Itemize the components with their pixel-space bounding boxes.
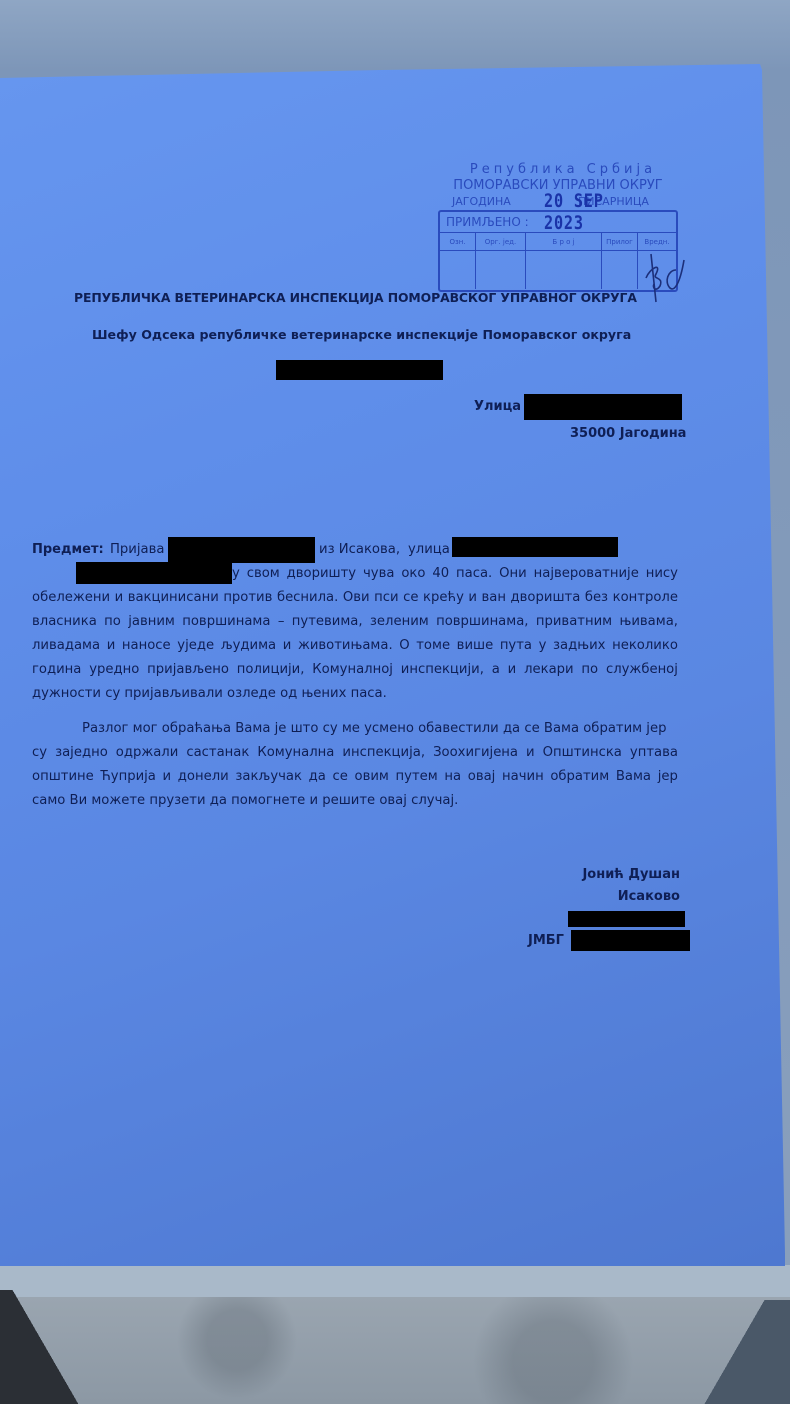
word: О	[399, 638, 409, 653]
word: да	[309, 769, 326, 784]
word: путевима,	[292, 614, 363, 629]
word: беснила.	[277, 590, 338, 605]
subject-line: обележениивакцинисанипротивбеснила.Овипс…	[32, 590, 678, 605]
word: –	[278, 614, 285, 629]
word: контроле	[613, 590, 678, 605]
word: Комуналној	[312, 662, 393, 677]
word: томе	[416, 638, 450, 653]
addressee-heading: Шефу Одсека републичке ветеринарске инсп…	[92, 327, 631, 342]
stamp-received-label: ПРИМЉЕНО :	[446, 215, 529, 229]
word: приватним	[536, 614, 612, 629]
word: око	[401, 566, 425, 581]
stamp-col-header: Oзн.	[440, 233, 476, 251]
word: крећу	[423, 590, 464, 605]
word: Вама	[616, 769, 651, 784]
word: 40	[432, 566, 449, 581]
redacted-reported-street	[452, 537, 618, 557]
word: и	[107, 638, 116, 653]
stamp-cell	[602, 251, 638, 289]
word: општине	[32, 769, 94, 784]
word: одржали	[116, 745, 179, 760]
word: површинама,	[436, 614, 528, 629]
word: површинама	[182, 614, 270, 629]
word: чува	[363, 566, 394, 581]
subject-report-word: Пријава	[110, 542, 164, 557]
word: и	[283, 638, 292, 653]
word: овај	[468, 769, 496, 784]
subject-line-2: усвомдвориштучуваоко40паса.Онинајвероват…	[232, 566, 678, 581]
word: Ови	[343, 590, 370, 605]
stamp-col-header: Прилог	[602, 233, 638, 251]
word: наносе	[122, 638, 171, 653]
shadow-left	[0, 1290, 130, 1404]
document-paper: Република Србија ПОМОРАВСКИ УПРАВНИ ОКРУ…	[0, 64, 785, 1266]
word: обележени	[32, 590, 110, 605]
word: обратим	[550, 769, 609, 784]
word: дворишту	[287, 566, 356, 581]
word: начин	[502, 769, 544, 784]
word: јавним	[128, 614, 175, 629]
stamp-city: ЈАГОДИНА	[452, 195, 511, 208]
word: највероватније	[534, 566, 639, 581]
word: уптава	[630, 745, 678, 760]
stamp-col-header: Б р о ј	[526, 233, 602, 251]
word: путем	[396, 769, 438, 784]
stamp-table: Oзн. Орг. јед. Б р о ј Прилог Вредн.	[440, 232, 676, 289]
word: животињама.	[298, 638, 393, 653]
word: овим	[355, 769, 389, 784]
id-label: ЈМБГ	[528, 933, 564, 948]
word: донели	[178, 769, 229, 784]
subject-street-word: улица	[408, 542, 450, 557]
word: њивама,	[619, 614, 678, 629]
word: Општинска	[543, 745, 622, 760]
redacted-name	[276, 360, 443, 380]
word: против	[223, 590, 272, 605]
word: закључак	[235, 769, 302, 784]
word: уредно	[89, 662, 139, 677]
word: Они	[499, 566, 527, 581]
word: задњих	[553, 638, 605, 653]
document-content: Република Србија ПОМОРАВСКИ УПРАВНИ ОКРУ…	[0, 64, 785, 1266]
word: година	[32, 662, 81, 677]
word: ливадама	[32, 638, 100, 653]
word: по	[581, 662, 598, 677]
handwritten-initials-icon	[642, 252, 686, 304]
redacted-street	[524, 394, 682, 420]
word: и	[163, 769, 172, 784]
subject-line: дужности су пријављивали озледе од њених…	[32, 686, 387, 701]
word: паса.	[456, 566, 492, 581]
word: свом	[247, 566, 280, 581]
word: се	[332, 769, 347, 784]
word: и	[526, 745, 535, 760]
institution-heading: РЕПУБЛИЧКА ВЕТЕРИНАРСКА ИНСПЕКЦИЈА ПОМОР…	[74, 290, 637, 305]
word: инспекцији,	[401, 662, 484, 677]
word: уједе	[177, 638, 214, 653]
stamp-cell	[476, 251, 526, 289]
word: Комунална	[257, 745, 334, 760]
redacted-address-continuation	[76, 562, 232, 584]
signer-place: Исаково	[618, 889, 680, 904]
stamp-cell	[526, 251, 602, 289]
subject-line: годинауреднопријављенополицији,Комунално…	[32, 662, 678, 677]
word: неколико	[612, 638, 678, 653]
stamp-col-header: Вредн.	[638, 233, 676, 251]
word: и	[115, 590, 124, 605]
paragraph-line: само Ви можете прузети да помогнете и ре…	[32, 793, 458, 808]
word: људима	[221, 638, 276, 653]
stamp-col-header: Орг. јед.	[476, 233, 526, 251]
word: вакцинисани	[128, 590, 219, 605]
word: без	[585, 590, 608, 605]
signer-name: Јонић Душан	[582, 867, 680, 882]
word: дворишта	[511, 590, 581, 605]
postal-city: 35000 Јагодина	[570, 426, 686, 441]
stamp-country: Република Србија	[448, 162, 678, 177]
word: зеленим	[370, 614, 429, 629]
subject-line: ливадамаинаносеуједељудимаиживотињама.От…	[32, 638, 678, 653]
word: власника	[32, 614, 97, 629]
word: инспекција,	[342, 745, 425, 760]
word: и	[508, 662, 517, 677]
word: Ћуприја	[100, 769, 155, 784]
word: и	[468, 590, 477, 605]
word: састанак	[186, 745, 249, 760]
word: полицији,	[237, 662, 305, 677]
paragraph-line: Разлог мог обраћања Вама је што су ме ус…	[82, 721, 666, 736]
word: на	[444, 769, 461, 784]
word: су	[32, 745, 47, 760]
word: службеној	[606, 662, 678, 677]
word: пси	[374, 590, 398, 605]
subject-line: власникапојавнимповршинама–путевима,зеле…	[32, 614, 678, 629]
stamp-city-row: ЈАГОДИНА ПИСАРНИЦА 20 SEP 2023	[438, 194, 678, 208]
shadow-right	[660, 1300, 790, 1404]
word: нису	[646, 566, 678, 581]
word: се	[403, 590, 418, 605]
redacted-id-number	[571, 930, 690, 951]
word: заједно	[55, 745, 108, 760]
word: а	[492, 662, 500, 677]
subject-label: Предмет:	[32, 542, 104, 557]
redacted-signer-address	[568, 911, 685, 927]
word: по	[104, 614, 121, 629]
paragraph-line: општинеЋупријаидонелизакључакдасеовимпут…	[32, 769, 678, 784]
word: Зоохигијена	[433, 745, 518, 760]
word: лекари	[524, 662, 574, 677]
word: пута	[500, 638, 532, 653]
word: јер	[658, 769, 678, 784]
word: више	[457, 638, 494, 653]
word: ван	[482, 590, 506, 605]
subject-from-village: из Исакова,	[319, 542, 400, 557]
word: пријављено	[147, 662, 229, 677]
paragraph-line: сузаједноодржалисастанакКомуналнаинспекц…	[32, 745, 678, 760]
word: у	[539, 638, 547, 653]
word: у	[232, 566, 240, 581]
stamp-cell	[440, 251, 476, 289]
street-label: Улица	[474, 399, 521, 414]
redacted-reported-person	[168, 537, 315, 563]
